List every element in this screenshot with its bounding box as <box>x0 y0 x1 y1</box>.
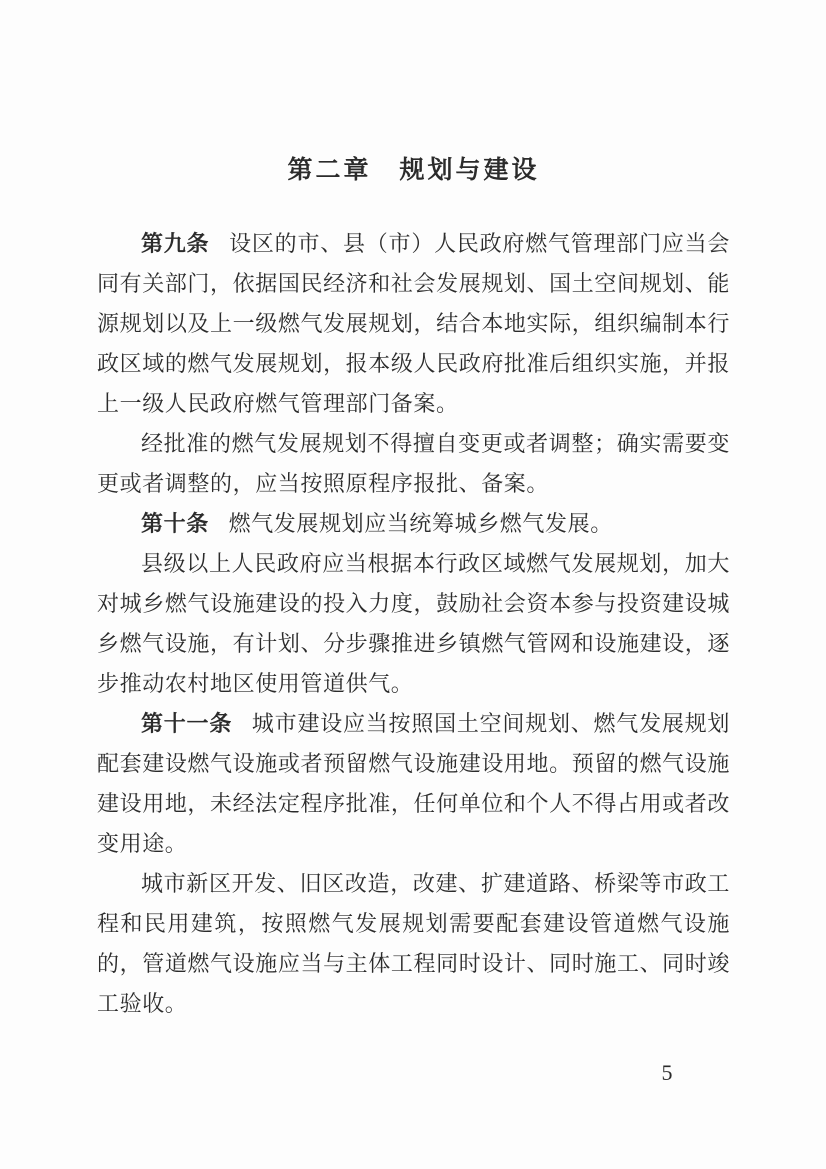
paragraph-article-9: 第九条设区的市、县（市）人民政府燃气管理部门应当会同有关部门，依据国民经济和社会… <box>97 224 730 424</box>
page-number: 5 <box>640 1058 694 1088</box>
paragraph-article-11: 第十一条城市建设应当按照国土空间规划、燃气发展规划配套建设燃气设施或者预留燃气设… <box>97 704 730 864</box>
paragraph-article-11-cont: 城市新区开发、旧区改造，改建、扩建道路、桥梁等市政工程和民用建筑，按照燃气发展规… <box>97 864 730 1024</box>
document-page: 第二章 规划与建设 第九条设区的市、县（市）人民政府燃气管理部门应当会同有关部门… <box>0 0 826 1169</box>
paragraph-text: 城市新区开发、旧区改造，改建、扩建道路、桥梁等市政工程和民用建筑，按照燃气发展规… <box>97 871 730 1016</box>
paragraph-article-9-cont: 经批准的燃气发展规划不得擅自变更或者调整；确实需要变更或者调整的，应当按照原程序… <box>97 424 730 504</box>
paragraph-text: 燃气发展规划应当统筹城乡燃气发展。 <box>229 511 613 536</box>
paragraph-article-10-cont: 县级以上人民政府应当根据本行政区域燃气发展规划，加大对城乡燃气设施建设的投入力度… <box>97 544 730 704</box>
paragraph-text: 县级以上人民政府应当根据本行政区域燃气发展规划，加大对城乡燃气设施建设的投入力度… <box>97 551 730 696</box>
article-number: 第九条 <box>141 231 209 256</box>
article-number: 第十一条 <box>141 711 232 736</box>
document-content: 第二章 规划与建设 第九条设区的市、县（市）人民政府燃气管理部门应当会同有关部门… <box>97 150 730 1024</box>
chapter-title: 第二章 规划与建设 <box>97 150 730 192</box>
paragraph-text: 经批准的燃气发展规划不得擅自变更或者调整；确实需要变更或者调整的，应当按照原程序… <box>97 431 730 496</box>
paragraph-article-10: 第十条燃气发展规划应当统筹城乡燃气发展。 <box>97 504 730 544</box>
article-number: 第十条 <box>141 511 209 536</box>
paragraph-text: 设区的市、县（市）人民政府燃气管理部门应当会同有关部门，依据国民经济和社会发展规… <box>97 231 730 416</box>
